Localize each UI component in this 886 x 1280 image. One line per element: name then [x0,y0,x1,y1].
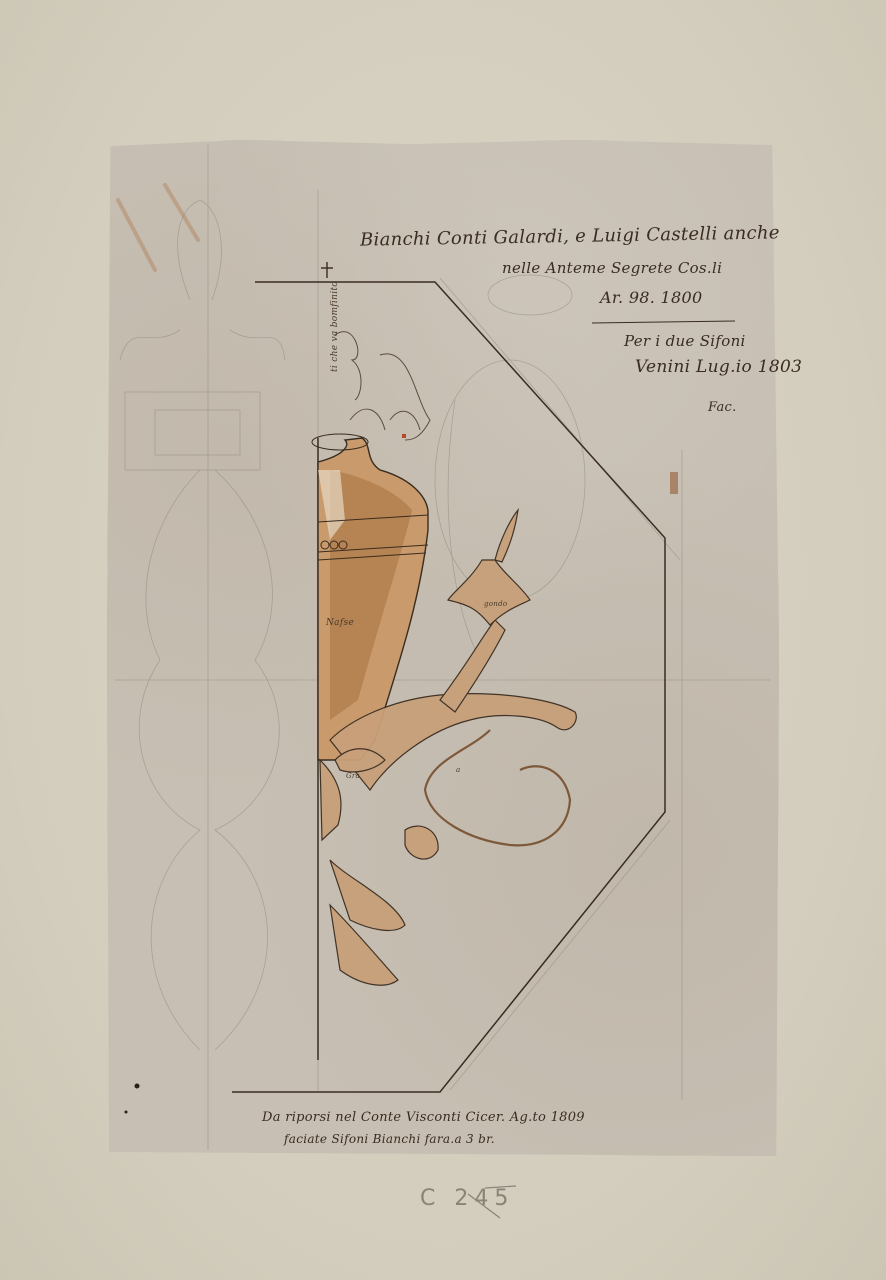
inscription-note-line2: Venini Lug.io 1803 [635,357,802,377]
mount-inventory-number: C 245 [420,1186,514,1211]
drawing-linework [0,0,886,1280]
inscription-note-line4: Fac. [708,400,737,415]
vase-label: Nafse [326,618,354,628]
leaf-label: Gra [346,772,360,780]
inscription-bottom-line2: faciate Sifoni Bianchi fara.a 3 br. [284,1132,495,1146]
inscription-top-line3: Ar. 98. 1800 [600,288,702,307]
inscription-top-line2: nelle Anteme Segrete Cos.li [502,259,722,277]
flower-label: gondo [484,600,507,608]
inscription-bottom-line1: Da riporsi nel Conte Visconti Cicer. Ag.… [262,1110,585,1125]
inscription-note-line1: Per i due Sifoni [624,332,746,350]
vertical-note: ti che va bomfinito [330,281,340,372]
wreath-label: a [456,766,460,774]
